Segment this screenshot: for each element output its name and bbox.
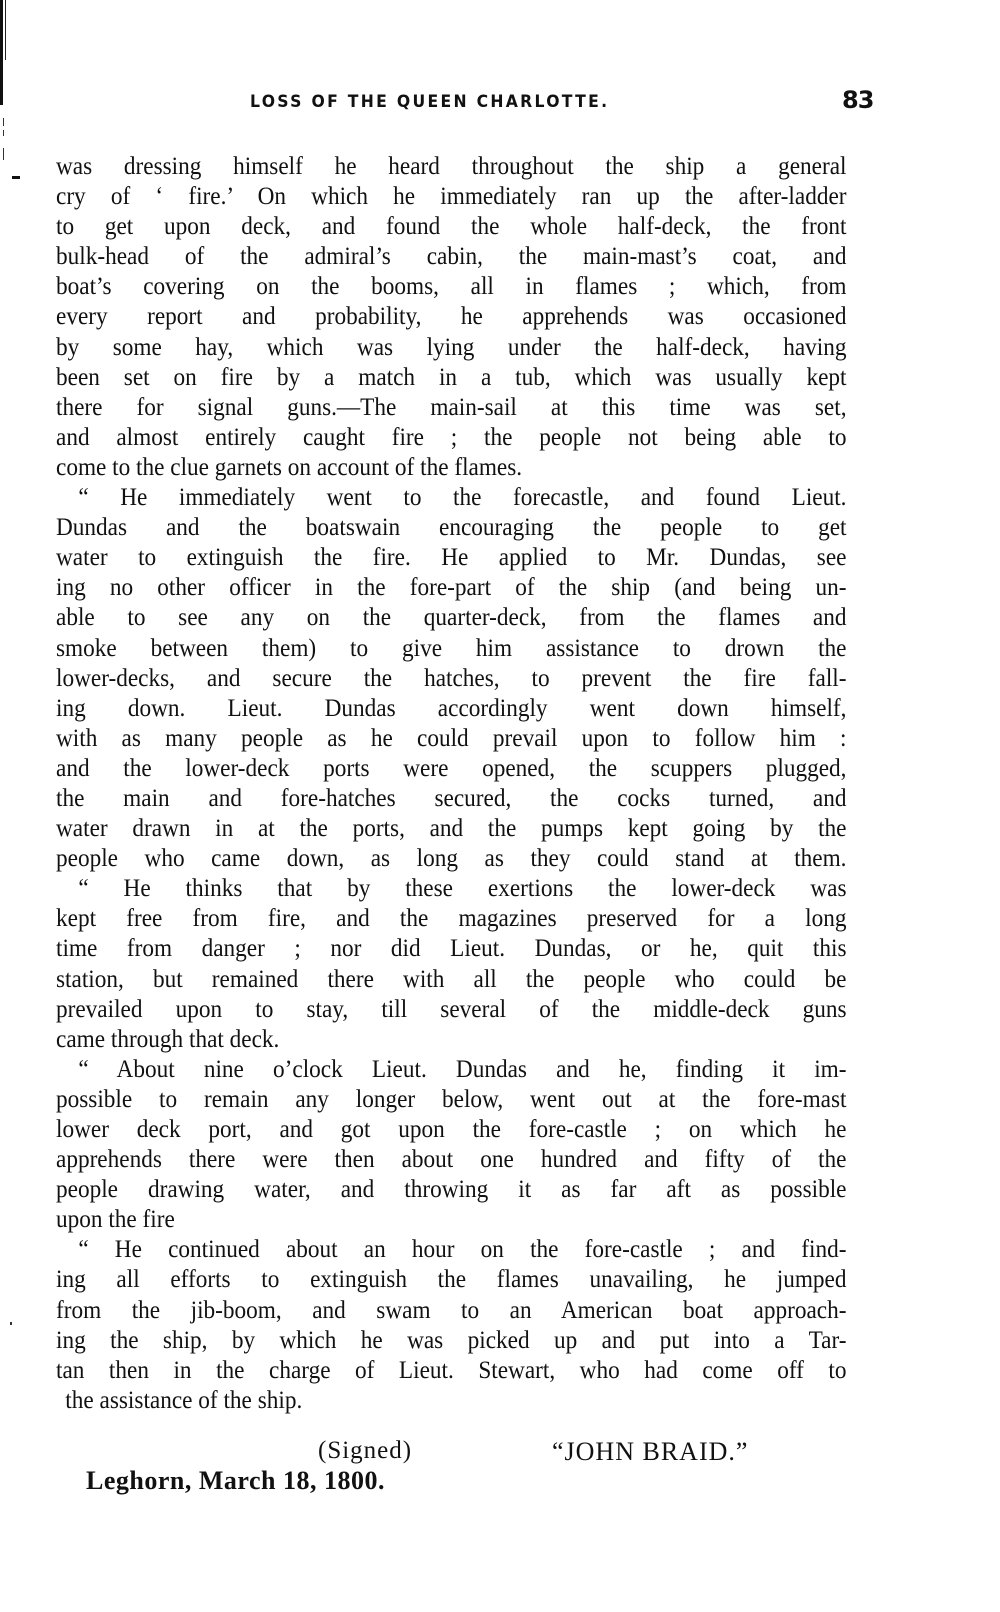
text-line: came through that deck. [56, 1025, 847, 1055]
text-line: ing all efforts to extinguish the flames… [56, 1265, 847, 1295]
text-line: water to extinguish the fire. He applied… [56, 543, 847, 573]
text-line: to get upon deck, and found the whole ha… [56, 212, 847, 242]
paragraph-start-line: “ He continued about an hour on the fore… [56, 1235, 847, 1265]
text-line: people drawing water, and throwing it as… [56, 1175, 847, 1205]
text-line: with as many people as he could prevail … [56, 724, 847, 754]
margin-mark [10, 1322, 12, 1325]
text-line: by some hay, which was lying under the h… [56, 333, 847, 363]
text-line: been set on fire by a match in a tub, wh… [56, 363, 847, 393]
scan-edge-shadow [0, 0, 3, 105]
text-line: water drawn in at the ports, and the pum… [56, 814, 847, 844]
text-line: apprehends there were then about one hun… [56, 1145, 847, 1175]
text-line: ing no other officer in the fore-part of… [56, 573, 847, 603]
text-line: lower-decks, and secure the hatches, to … [56, 664, 847, 694]
body-text: was dressing himself he heard throughout… [56, 152, 846, 1416]
text-line: prevailed upon to stay, till several of … [56, 995, 847, 1025]
text-line: the assistance of the ship. [56, 1386, 847, 1416]
text-line: tan then in the charge of Lieut. Stewart… [56, 1356, 847, 1386]
text-line: the main and fore-hatches secured, the c… [56, 784, 847, 814]
text-line: and the lower-deck ports were opened, th… [56, 754, 847, 784]
text-line: time from danger ; nor did Lieut. Dundas… [56, 934, 847, 964]
text-line: every report and probability, he apprehe… [56, 302, 847, 332]
text-line: was dressing himself he heard throughout… [56, 152, 847, 182]
text-line: kept free from fire, and the magazines p… [56, 904, 847, 934]
text-line: there for signal guns.—The main-sail at … [56, 393, 847, 423]
text-line: possible to remain any longer below, wen… [56, 1085, 847, 1115]
text-line: station, but remained there with all the… [56, 965, 847, 995]
text-line: lower deck port, and got upon the fore-c… [56, 1115, 847, 1145]
text-line: people who came down, as long as they co… [56, 844, 847, 874]
scan-artifact [3, 148, 4, 160]
text-line: boat’s covering on the booms, all in fla… [56, 272, 847, 302]
text-line: ing down. Lieut. Dundas accordingly went… [56, 694, 847, 724]
text-line: smoke between them) to give him assistan… [56, 634, 847, 664]
margin-mark [12, 176, 20, 179]
text-line: come to the clue garnets on account of t… [56, 453, 847, 483]
scan-artifact [3, 130, 4, 136]
text-line: and almost entirely caught fire ; the pe… [56, 423, 847, 453]
text-line: bulk-head of the admiral’s cabin, the ma… [56, 242, 847, 272]
text-line: ing the ship, by which he was picked up … [56, 1326, 847, 1356]
paragraph-start-line: “ About nine o’clock Lieut. Dundas and h… [56, 1055, 847, 1085]
page-number: 83 [842, 86, 873, 114]
text-line: able to see any on the quarter-deck, fro… [56, 603, 847, 633]
signer-name: “JOHN BRAID.” [552, 1437, 748, 1467]
text-line: Dundas and the boatswain encouraging the… [56, 513, 847, 543]
text-line: from the jib-boom, and swam to an Americ… [56, 1296, 847, 1326]
signed-label: (Signed) [318, 1437, 412, 1465]
scan-edge-line [5, 0, 6, 60]
text-line: cry of ‘ fire.’ On which he immediately … [56, 182, 847, 212]
text-line: upon the fire [56, 1205, 847, 1235]
dateline: Leghorn, March 18, 1800. [86, 1466, 385, 1496]
paragraph-start-line: “ He thinks that by these exertions the … [56, 874, 847, 904]
running-head: LOSS OF THE QUEEN CHARLOTTE. [250, 92, 609, 112]
scan-artifact [3, 118, 4, 126]
paragraph-start-line: “ He immediately went to the forecastle,… [56, 483, 847, 513]
